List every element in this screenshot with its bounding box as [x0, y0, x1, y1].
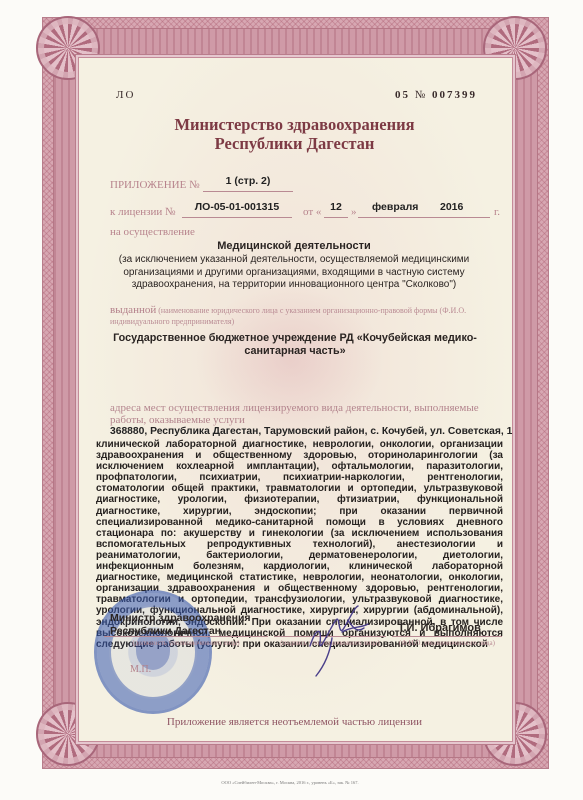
serial-digits: 007399 — [432, 89, 477, 101]
day-close-quote: » — [351, 206, 357, 218]
issuer-line-2: Республики Дагестан — [78, 134, 511, 153]
series-code: ЛО — [116, 89, 135, 101]
signer-name: Т.И. Ибрагимов — [398, 622, 481, 634]
appendix-label: ПРИЛОЖЕНИЕ № — [110, 179, 200, 191]
license-appendix-page: ЛО 05 № 007399 Министерство здравоохране… — [0, 0, 583, 800]
address-label: адреса мест осуществления лицензируемого… — [110, 402, 510, 426]
signer-position-line-1: Министр здравоохранения — [110, 612, 251, 625]
footer-note: Приложение является неотъемлемой частью … — [78, 716, 511, 728]
name-caption: (Ф.И.О. уполномоченного лица) — [392, 639, 502, 647]
printer-info: ООО «Спейбилен-Москва», г. Москва, 2016 … — [140, 780, 440, 785]
serial-number: 05 № 007399 — [395, 89, 477, 101]
license-month: февраля — [372, 201, 418, 213]
signer-position: Министр здравоохранения Республики Дагес… — [110, 612, 251, 637]
issuer-title: Министерство здравоохранения Республики … — [78, 115, 511, 153]
year-suffix: г. — [494, 206, 500, 218]
activity-label: на осуществление — [110, 226, 195, 238]
activity-note: (за исключением указанной деятельности, … — [84, 254, 504, 292]
appendix-number: 1 (стр. 2) — [218, 175, 278, 187]
issued-caption: выданной (наименование юридического лица… — [110, 305, 510, 327]
issuer-line-1: Министерство здравоохранения — [78, 115, 511, 134]
issued-label: выданной — [110, 304, 156, 316]
license-year: 2016 — [440, 201, 463, 213]
serial-region: 05 — [395, 89, 410, 101]
position-caption: (должность уполномоченного лица) — [104, 639, 268, 647]
license-day: 12 — [324, 201, 348, 213]
address-value: 368880, Республика Дагестан, Тарумовский… — [110, 426, 512, 437]
organization-name: Государственное бюджетное учреждение РД … — [100, 332, 490, 358]
license-label: к лицензии № — [110, 206, 176, 218]
handwritten-signature-icon — [302, 598, 372, 678]
issued-caption-text: (наименование юридического лица с указан… — [110, 306, 466, 326]
activity-title: Медицинской деятельности — [84, 240, 504, 252]
license-number: ЛО-05-01-001315 — [182, 201, 292, 213]
number-sign: № — [415, 89, 428, 101]
date-from-label: от « — [303, 206, 321, 218]
seal-place-label: М.П. — [130, 664, 151, 675]
